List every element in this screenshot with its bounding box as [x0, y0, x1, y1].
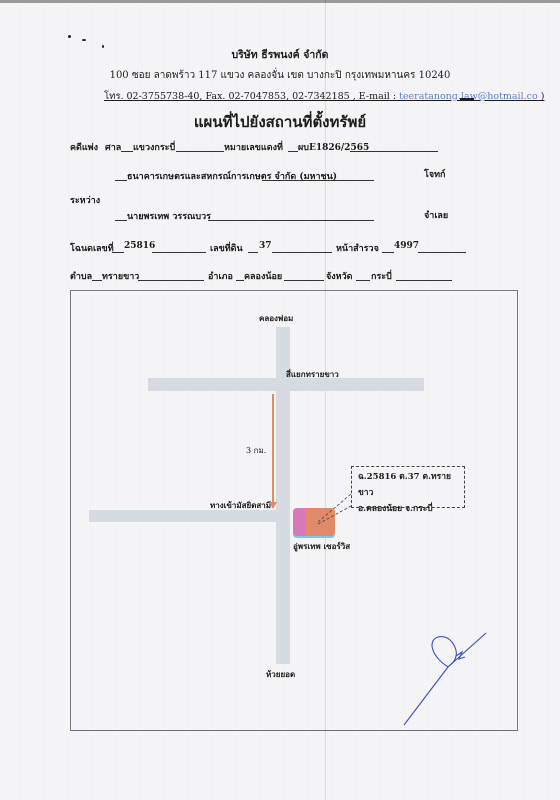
map-overlay: [0, 0, 560, 800]
callout-leader-1: [318, 494, 351, 522]
scanned-document-page: บริษัท ธีรพนงค์ จำกัด 100 ซอย ลาดพร้าว 1…: [0, 0, 560, 800]
callout-leader-2: [318, 506, 351, 524]
signature-icon: [404, 633, 486, 725]
